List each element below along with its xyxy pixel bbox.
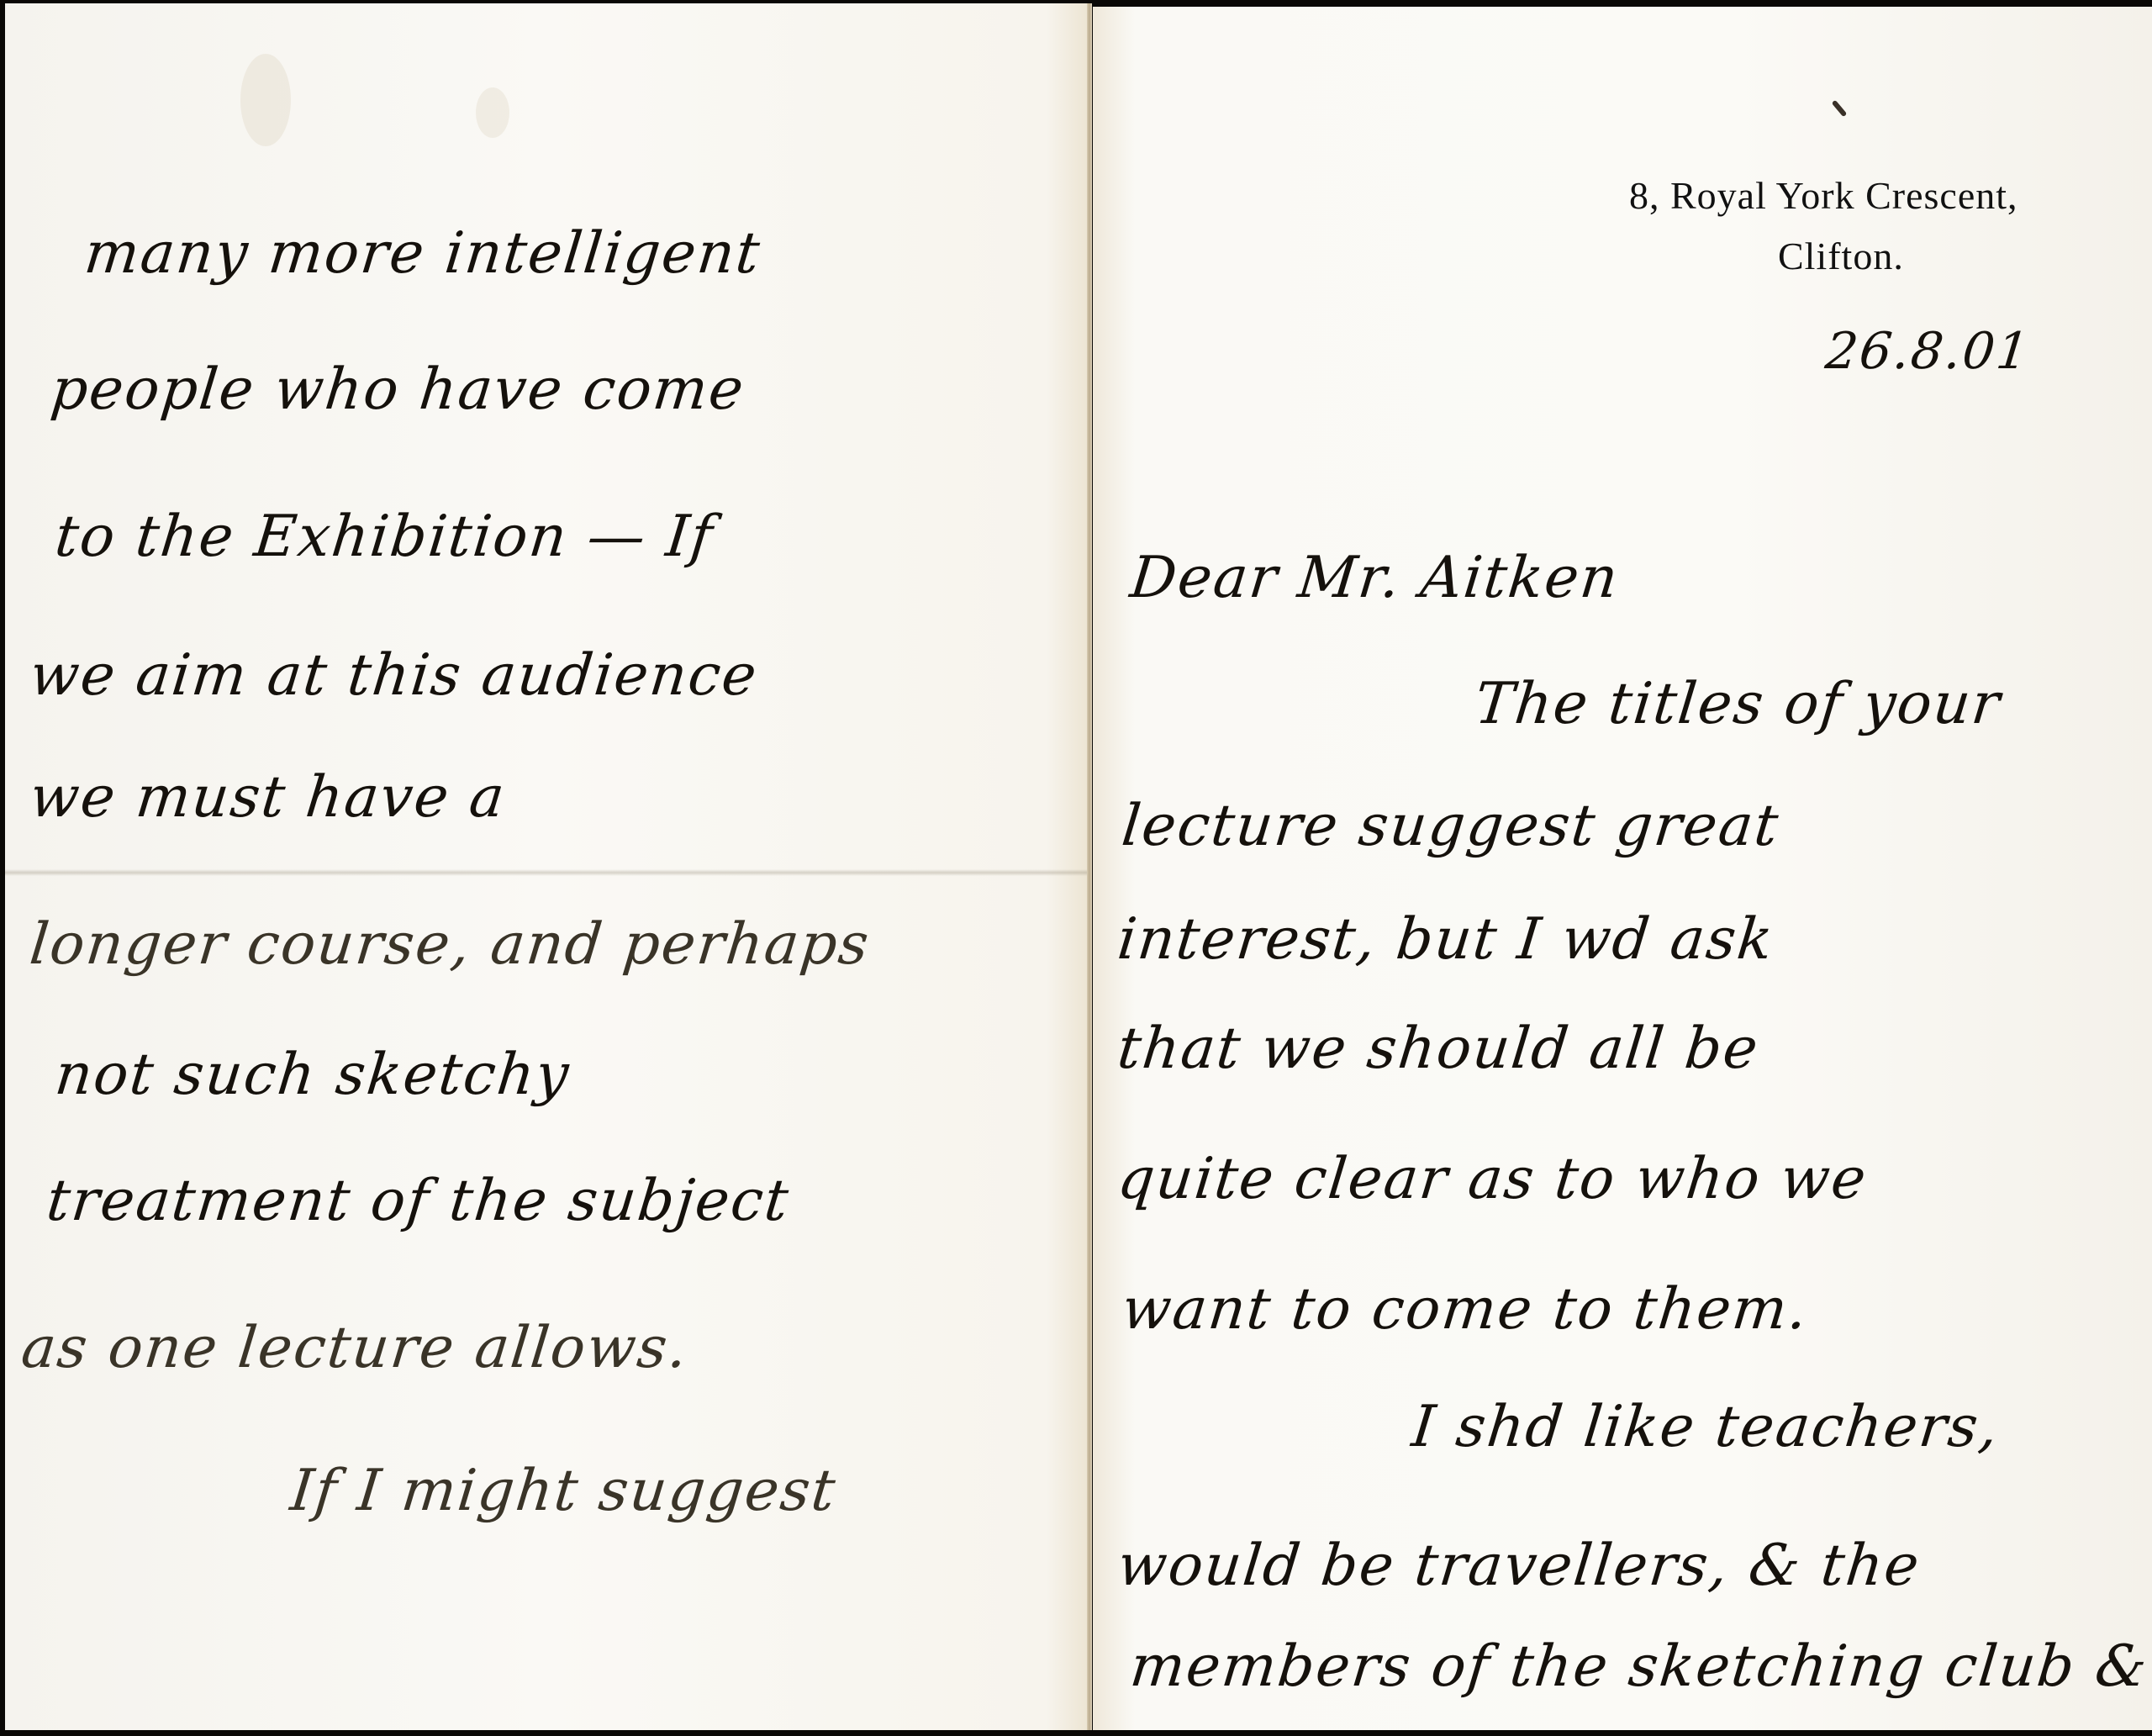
left-line-4: we aim at this audience xyxy=(27,642,762,709)
letter-date: 26.8.01 xyxy=(1822,322,2033,381)
right-line-8: would be travellers, & the xyxy=(1115,1533,1923,1599)
ink-mark xyxy=(1832,100,1848,118)
right-line-7: I shd like teachers, xyxy=(1409,1394,2002,1460)
left-line-10: If I might suggest xyxy=(287,1458,840,1524)
left-line-9: as one lecture allows. xyxy=(18,1315,692,1381)
left-line-5: we must have a xyxy=(27,764,509,831)
scanned-letter: many more intelligent people who have co… xyxy=(0,0,2152,1736)
left-line-1: many more intelligent xyxy=(82,220,764,287)
paper-stain xyxy=(240,54,291,146)
letterhead-address-line1: 8, Royal York Crescent, xyxy=(1629,173,2018,218)
paper-stain xyxy=(476,87,509,138)
left-line-3: to the Exhibition — If xyxy=(52,504,717,570)
center-fold xyxy=(1087,3,1092,1730)
left-line-8: treatment of the subject xyxy=(44,1168,793,1234)
left-line-2: people who have come xyxy=(48,356,748,423)
right-line-4: that we should all be xyxy=(1115,1016,1763,1082)
right-line-6: want to come to them. xyxy=(1119,1276,1812,1343)
horizontal-fold xyxy=(5,869,1089,876)
right-line-2: lecture suggest great xyxy=(1119,793,1783,859)
left-page: many more intelligent people who have co… xyxy=(5,3,1089,1730)
left-line-6: longer course, and perhaps xyxy=(27,911,873,978)
address-line2-text: Clifton. xyxy=(1778,235,1904,277)
right-line-3: interest, but I wd ask xyxy=(1115,906,1777,973)
left-line-7: not such sketchy xyxy=(52,1042,573,1108)
letterhead-address-line2: Clifton. xyxy=(1778,234,1904,278)
right-line-5: quite clear as to who we xyxy=(1115,1146,1870,1212)
right-page: 8, Royal York Crescent, Clifton. 26.8.01… xyxy=(1093,7,2152,1730)
salutation: Dear Mr. Aitken xyxy=(1127,545,1622,611)
address-line1-text: 8, Royal York Crescent, xyxy=(1629,174,2018,217)
right-line-9: members of the sketching club & xyxy=(1127,1633,2152,1700)
right-line-1: The titles of your xyxy=(1472,671,2005,737)
